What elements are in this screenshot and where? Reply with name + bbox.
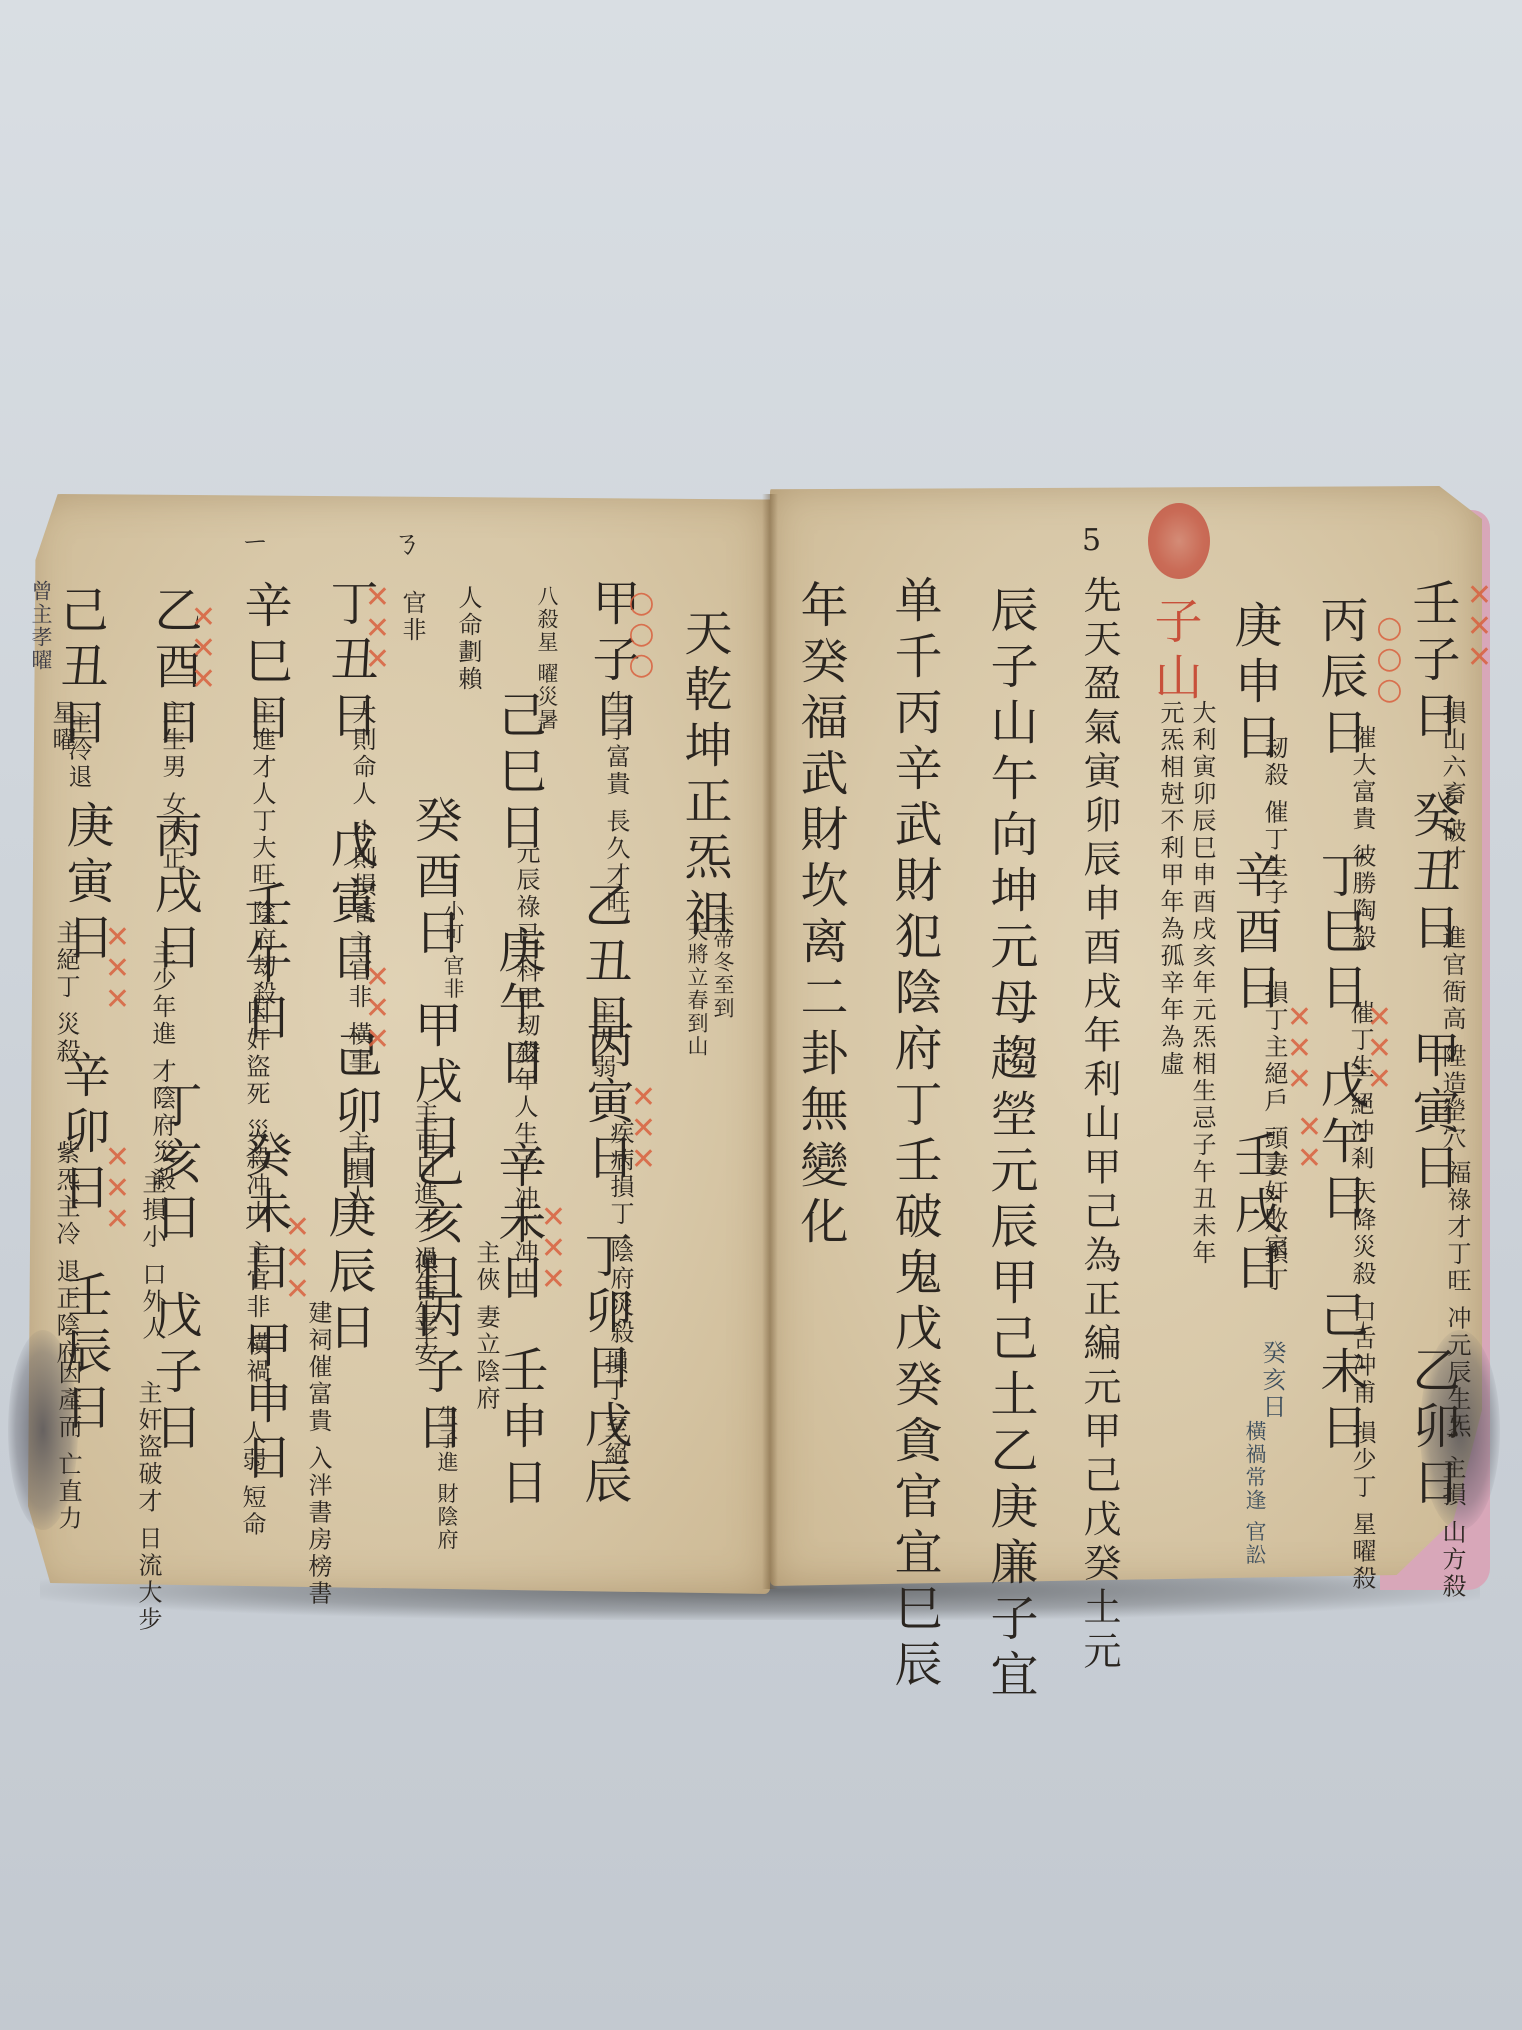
text-xiantian: 先天盈氣寅卯辰申酉戌年利山甲己為正編元甲己戊癸土元	[1080, 575, 1118, 1675]
red-cross-marks: ✕✕✕	[186, 600, 221, 693]
red-circle-marks: ○○○	[1372, 610, 1407, 703]
heading-note-2: 天將立春到山	[686, 920, 707, 1058]
note-bingzi: 生子進 財陰府	[436, 1405, 457, 1552]
red-cross-marks: ✕✕	[1292, 1110, 1327, 1172]
book-gutter	[762, 494, 778, 1589]
note-renchen: 因產而 亡直力	[56, 1360, 80, 1533]
left-title: 天乾坤正炁祖	[680, 608, 728, 944]
red-cross-marks: ✕✕✕	[1362, 1000, 1397, 1093]
red-circle-marks: ○○○	[624, 585, 659, 678]
note-renxu: 損丁	[1262, 1240, 1286, 1294]
note-jiashen: 人弱 短命	[240, 1420, 264, 1539]
red-cross-marks: ✕✕✕	[100, 1140, 135, 1233]
note-renming: 人命劃賴	[456, 585, 480, 693]
edge-text: 曾主孝曜	[30, 580, 51, 672]
text-dali: 大利寅卯辰巳申酉戌亥年元炁相生忌子午丑未年	[1190, 700, 1214, 1267]
folio-mark-1: ㄧ	[240, 518, 270, 562]
text-chenzi: 辰子山午向坤元母趨塋元辰甲己土乙庚廉子宜	[986, 585, 1034, 1705]
note-yimao: 主損 山方殺	[1440, 1455, 1464, 1601]
red-seal-icon	[1148, 503, 1210, 579]
red-cross-marks: ✕✕✕	[360, 960, 395, 1053]
note-guiyou: 小可 官非	[442, 900, 463, 1001]
note-zishan: 元炁相尅不利甲年為孤辛年為虛	[1158, 700, 1182, 1078]
day-xinwei: 辛未日	[494, 1140, 542, 1308]
note-gengchen: 建祠催富貴 入泮書房榜書	[306, 1300, 330, 1608]
note-guihai: 橫禍常逢 官訟	[1244, 1420, 1265, 1567]
day-jisi: 己巳日	[494, 690, 542, 858]
note-wuzi: 主奸盜破才 日流大步	[136, 1380, 160, 1634]
red-cross-marks: ✕✕✕	[100, 920, 135, 1013]
red-cross-marks: ✕✕✕	[626, 1080, 661, 1173]
red-cross-marks: ✕✕✕	[360, 580, 395, 673]
note-gengyin: 主絕丁 災殺	[54, 920, 78, 1066]
note-guanfei: 官非	[400, 590, 424, 644]
heading-note-1: 天帝冬至到	[712, 905, 733, 1020]
red-cross-marks: ✕✕✕	[536, 1200, 571, 1293]
text-nianggui: 年癸福武財坎离二卦無變化	[796, 580, 844, 1252]
folio-mark-2: ㄋ	[392, 518, 422, 562]
folio-number-right: 5	[1082, 523, 1101, 558]
day-dingsi: 丁巳日	[1316, 850, 1364, 1018]
text-danqian: 单千丙辛武財犯陰府丁壬破鬼戊癸貪官宜巳辰	[890, 575, 938, 1695]
day-guihai: 癸亥日	[1260, 1340, 1284, 1421]
red-cross-marks: ✕✕✕	[1462, 578, 1497, 671]
day-wuchen: 戊辰	[580, 1400, 628, 1512]
day-renshen: 壬申日	[496, 1345, 544, 1513]
red-cross-marks: ✕✕✕	[280, 1210, 315, 1303]
note-xingyao: 星曜	[50, 700, 74, 754]
heading-zishan: 子山	[1150, 596, 1198, 708]
red-cross-marks: ✕✕✕	[1282, 1000, 1317, 1093]
note-jiwei: 損少丁 星曜殺	[1350, 1420, 1374, 1593]
